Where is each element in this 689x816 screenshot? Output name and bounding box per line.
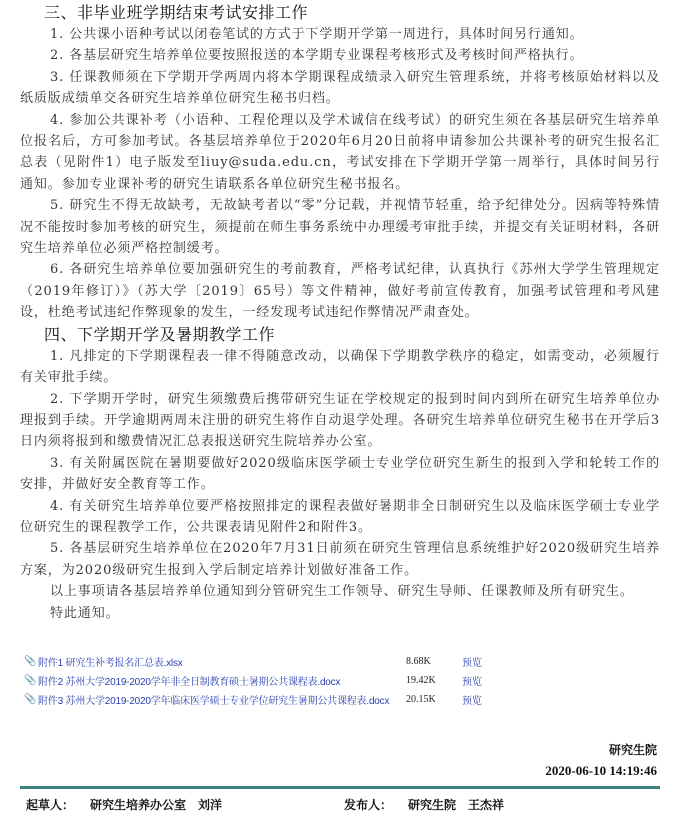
drafter-value: 研究生培养办公室 刘洋 [90,796,222,813]
paragraph: 3. 有关附属医院在暑期要做好2020级临床医学硕士专业学位研究生新生的报到入学… [20,453,660,496]
attachment-size: 20.15K [406,694,462,705]
section-heading: 三、非毕业班学期结束考试安排工作 [20,2,660,24]
attachment-size: 8.68K [406,656,462,667]
paragraph: 3. 任课教师须在下学期开学两周内将本学期课程成绩录入研究生管理系统，并将考核原… [20,67,660,110]
paperclip-icon: 📎 [24,656,34,667]
paragraph: 1. 公共课小语种考试以闭卷笔试的方式于下学期开学第一周进行，具体时间另行通知。 [20,24,660,45]
preview-link[interactable]: 预览 [462,654,482,669]
paragraph: 2. 各基层研究生培养单位要按照报送的本学期专业课程考核形式及考核时间严格执行。 [20,45,660,66]
signature-organization: 研究生院 [609,741,657,758]
drafter-label: 起草人： [26,796,74,813]
attachment-item: 📎 附件3 苏州大学2019-2020学年临床医学硕士专业学位研究生暑期公共课程… [24,690,504,709]
attachment-list: 📎 附件1 研究生补考报名汇总表.xlsx 8.68K 预览 📎 附件2 苏州大… [24,652,504,709]
signature-datetime: 2020-06-10 14:19:46 [545,763,657,779]
preview-link[interactable]: 预览 [462,673,482,688]
paragraph: 4. 参加公共课补考（小语种、工程伦理以及学术诚信在线考试）的研究生须在各基层研… [20,110,660,196]
paragraph: 5. 各基层研究生培养单位在2020年7月31日前须在研究生管理信息系统维护好2… [20,538,660,581]
preview-link[interactable]: 预览 [462,692,482,707]
section-heading: 四、下学期开学及暑期教学工作 [20,324,660,346]
paragraph: 6. 各研究生培养单位要加强研究生的考前教育，严格考试纪律，认真执行《苏州大学学… [20,259,660,323]
paragraph: 2. 下学期开学时，研究生须缴费后携带研究生证在学校规定的报到时间内到所在研究生… [20,389,660,453]
attachment-item: 📎 附件1 研究生补考报名汇总表.xlsx 8.68K 预览 [24,652,504,671]
notice-body: 三、非毕业班学期结束考试安排工作 1. 公共课小语种考试以闭卷笔试的方式于下学期… [20,2,660,624]
attachment-item: 📎 附件2 苏州大学2019-2020学年非全日制教育硕士暑期公共课程表.doc… [24,671,504,690]
attachment-link[interactable]: 附件2 苏州大学2019-2020学年非全日制教育硕士暑期公共课程表.docx [38,673,406,688]
paragraph: 以上事项请各基层培养单位通知到分管研究生工作领导、研究生导师、任课教师及所有研究… [20,581,660,602]
attachment-size: 19.42K [406,675,462,686]
publisher-label: 发布人： [344,796,392,813]
publisher-value: 研究生院 王杰祥 [408,796,504,813]
attachment-link[interactable]: 附件1 研究生补考报名汇总表.xlsx [38,654,406,669]
paperclip-icon: 📎 [24,694,34,705]
paragraph: 5. 研究生不得无故缺考，无故缺考者以“零”分记载，并视情节轻重，给予纪律处分。… [20,195,660,259]
footer-divider [20,786,660,789]
paragraph: 1. 凡排定的下学期课程表一律不得随意改动，以确保下学期教学秩序的稳定，如需变动… [20,346,660,389]
paragraph: 4. 有关研究生培养单位要严格按照排定的课程表做好暑期非全日制研究生以及临床医学… [20,496,660,539]
paragraph: 特此通知。 [20,603,660,624]
paperclip-icon: 📎 [24,675,34,686]
attachment-link[interactable]: 附件3 苏州大学2019-2020学年临床医学硕士专业学位研究生暑期公共课程表.… [38,692,406,707]
